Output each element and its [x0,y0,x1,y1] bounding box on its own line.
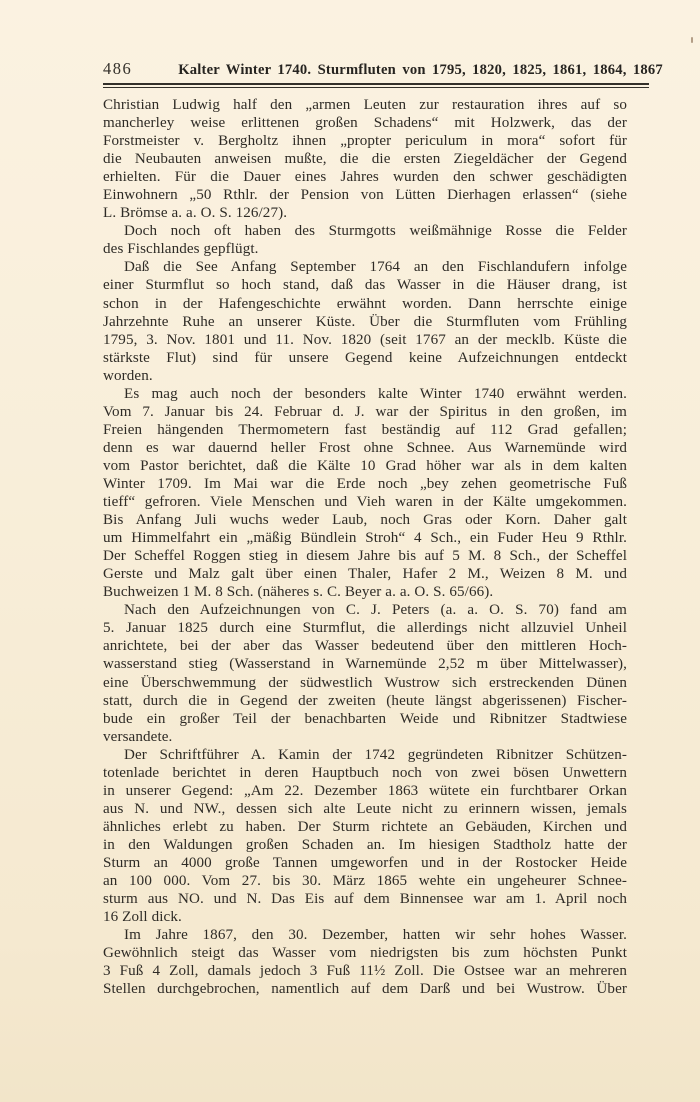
text-line: 5. Januar 1825 durch eine Sturmflut, die… [103,619,627,637]
text-line: Gerste und Malz galt über einen Thaler, … [103,565,627,583]
paragraph: Christian Ludwig half den „armen Leuten … [103,96,627,222]
text-line: Doch noch oft haben des Sturmgotts weißm… [103,222,627,240]
text-line: Winter 1709. Im Mai war die Erde noch „b… [103,475,627,493]
header-rule [103,83,649,88]
text-line: tieff“ gefroren. Viele Menschen und Vieh… [103,493,627,511]
text-line: schon in der Hafengeschichte erwähnt wor… [103,295,627,313]
text-line: Sturm an 4000 große Tannen umgeworfen un… [103,854,627,872]
text-line: Der Scheffel Roggen stieg in diesem Jahr… [103,547,627,565]
text-line: totenlade berichtet in deren Hauptbuch n… [103,764,627,782]
text-line: Jahrzehnte Ruhe an unserer Küste. Über d… [103,313,627,331]
paragraph: Daß die See Anfang September 1764 an den… [103,258,627,384]
book-page: 486 Kalter Winter 1740. Sturmfluten von … [0,0,700,1102]
text-line: in den Waldungen großen Schaden an. Im h… [103,836,627,854]
text-line: einer Sturmflut so hoch stand, daß das W… [103,276,627,294]
text-line: 1795, 3. Nov. 1801 und 11. Nov. 1820 (se… [103,331,627,349]
text-line: Gewöhnlich steigt das Wasser vom niedrig… [103,944,627,962]
text-line: Forstmeister v. Bergholtz ihnen „propter… [103,132,627,150]
text-line: eine Überschwemmung der südwestlich Wust… [103,674,627,692]
page-number: 486 [103,59,132,79]
text-line: mancherley weise erlittenen großen Schad… [103,114,627,132]
text-line: an 100 000. Vom 27. bis 30. März 1865 we… [103,872,627,890]
text-line: bude ein großer Teil der benachbarten We… [103,710,627,728]
scan-speck [691,37,693,43]
text-line: versandete. [103,728,627,746]
paragraph: Der Schriftführer A. Kamin der 1742 gegr… [103,746,627,926]
text-line: aus N. und NW., dessen sich alte Leute n… [103,800,627,818]
text-line: Stellen durchgebrochen, namentlich auf d… [103,980,627,998]
text-line: stärkste Flut) sind für unsere Gegend ke… [103,349,627,367]
text-line: Vom 7. Januar bis 24. Februar d. J. war … [103,403,627,421]
text-line: Im Jahre 1867, den 30. Dezember, hatten … [103,926,627,944]
text-line: wasserstand stieg (Wasserstand in Warnem… [103,655,627,673]
text-line: des Fischlandes gepflügt. [103,240,627,258]
paragraph: Es mag auch noch der besonders kalte Win… [103,385,627,602]
page-body: Christian Ludwig half den „armen Leuten … [103,96,627,998]
page-header: 486 Kalter Winter 1740. Sturmfluten von … [103,59,649,79]
text-line: statt, durch die in Gegend der zweiten (… [103,692,627,710]
text-line: ähnliches erlebt zu haben. Der Sturm ric… [103,818,627,836]
text-line: erhielten. Für die Dauer eines Jahres wu… [103,168,627,186]
text-line: Buchweizen 1 M. 8 Sch. (näheres s. C. Be… [103,583,627,601]
paragraph: Nach den Aufzeichnungen von C. J. Peters… [103,601,627,745]
text-line: die Neubauten anweisen mußte, die die er… [103,150,627,168]
text-line: Einwohnern „50 Rthlr. der Pension von Lü… [103,186,627,204]
text-line: worden. [103,367,627,385]
text-line: Bis Anfang Juli wuchs weder Laub, noch G… [103,511,627,529]
text-line: 16 Zoll dick. [103,908,627,926]
text-line: sturm aus NO. und N. Das Eis auf dem Bin… [103,890,627,908]
text-line: anrichtete, bei der aber das Wasser bede… [103,637,627,655]
text-line: Freien hängenden Thermometern fast bestä… [103,421,627,439]
text-line: vom Pastor berichtet, daß die Kälte 10 G… [103,457,627,475]
text-line: Christian Ludwig half den „armen Leuten … [103,96,627,114]
text-line: um Himmelfahrt ein „mäßig Bündlein Stroh… [103,529,627,547]
text-line: Es mag auch noch der besonders kalte Win… [103,385,627,403]
text-line: Nach den Aufzeichnungen von C. J. Peters… [103,601,627,619]
text-line: Der Schriftführer A. Kamin der 1742 gegr… [103,746,627,764]
text-line: 3 Fuß 4 Zoll, damals jedoch 3 Fuß 11½ Zo… [103,962,627,980]
text-line: Daß die See Anfang September 1764 an den… [103,258,627,276]
running-header: Kalter Winter 1740. Sturmfluten von 1795… [132,62,663,79]
paragraph: Doch noch oft haben des Sturmgotts weißm… [103,222,627,258]
text-line: in unserer Gegend: „Am 22. Dezember 1863… [103,782,627,800]
text-line: L. Brömse a. a. O. S. 126/27). [103,204,627,222]
text-line: denn es war dauernd heller Frost ohne Sc… [103,439,627,457]
paragraph: Im Jahre 1867, den 30. Dezember, hatten … [103,926,627,998]
